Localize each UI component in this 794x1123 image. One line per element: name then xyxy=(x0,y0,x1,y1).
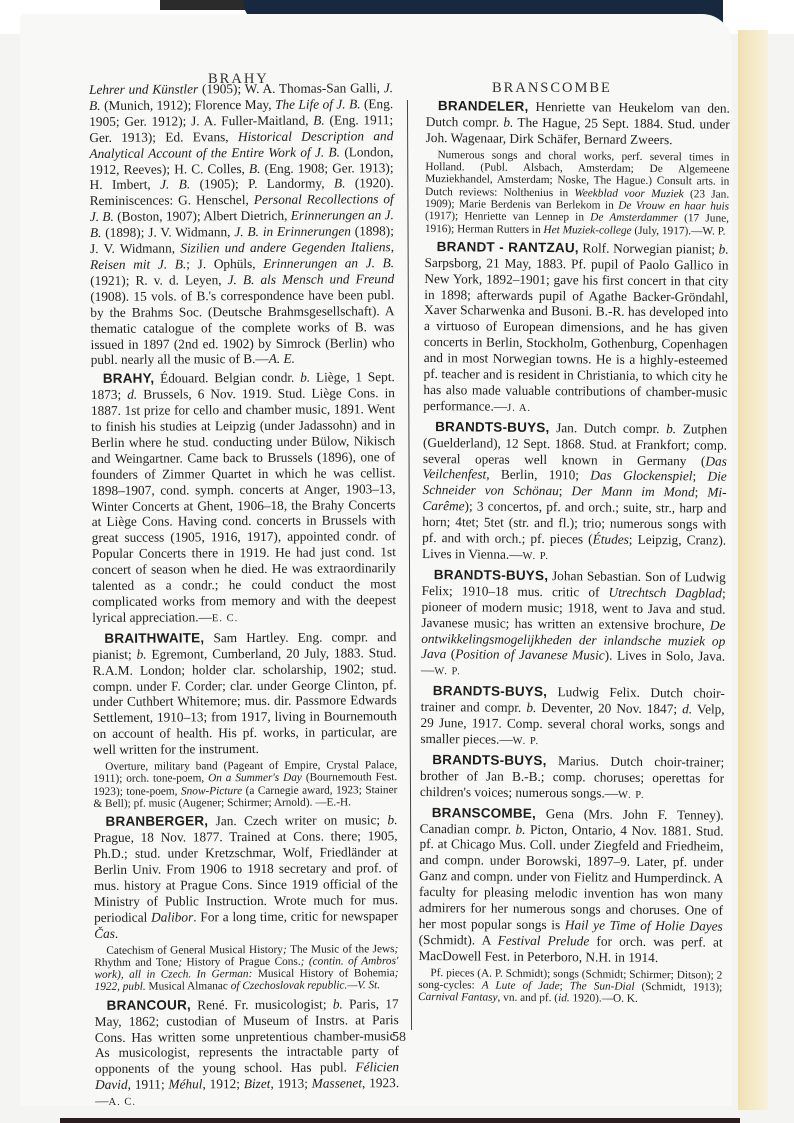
italic-text: Lehrer und Künstler xyxy=(89,81,198,97)
text: Belgian condr. xyxy=(208,370,300,386)
italic-text: A Lute of Jade xyxy=(482,979,560,992)
text: Musical Almanac xyxy=(148,981,227,993)
contributor-initials: E. C. xyxy=(212,613,238,624)
italic-text: De Amsterdammer xyxy=(590,212,678,225)
text: . xyxy=(115,925,118,940)
italic-text: d. xyxy=(127,387,137,402)
dictionary-entry: BRANDELER, Henriette van Heukelom van de… xyxy=(426,98,730,148)
italic-text: Het Muziek-college xyxy=(543,224,631,237)
text: Sarpsborg, 21 May, 1883. Pf. pupil of Pa… xyxy=(423,255,728,414)
italic-text: B. xyxy=(334,176,346,191)
right-column: BRANDELER, Henriette van Heukelom van de… xyxy=(418,98,730,1010)
entry-headword: BRANDELER, xyxy=(438,98,529,114)
italic-text: A. E. xyxy=(269,351,295,366)
italic-text: Dalibor xyxy=(151,909,193,924)
italic-text: b. xyxy=(300,370,310,385)
entry-name: Marius. xyxy=(547,753,600,768)
background-object xyxy=(160,0,250,10)
text: (Boston, 1907); Albert Dietrich, xyxy=(114,208,291,224)
dictionary-entry: BRANDT - RANTZAU, Rolf. Norwegian pianis… xyxy=(423,239,729,419)
italic-text: b. xyxy=(503,115,513,130)
text: The Music of the Jews xyxy=(290,943,395,956)
entry-name: René. xyxy=(191,997,228,1012)
text: Egremont, Cumberland, 20 July, 1883. Stu… xyxy=(93,645,397,757)
dictionary-entry: BRANDTS-BUYS, Jan. Dutch compr. b. Zutph… xyxy=(422,419,727,567)
text: Deventer, 20 Nov. 1847; xyxy=(536,700,682,716)
italic-text: b. xyxy=(526,700,536,715)
text: History of Prague Cons. xyxy=(186,956,300,969)
dictionary-entry: BRANDTS-BUYS, Marius. Dutch choir-traine… xyxy=(420,752,724,804)
italic-text: J. B. als Mensch und Freund xyxy=(228,271,395,287)
works-list: Catechism of General Musical History; Th… xyxy=(94,943,398,994)
text: (Schmidt). A xyxy=(419,932,498,948)
text: Czech writer on music; xyxy=(237,812,388,828)
entry-name: Sam Hartley. xyxy=(204,630,288,646)
text: Catechism of General Musical History xyxy=(106,943,283,956)
italic-text: The Life of J. B. xyxy=(275,96,361,112)
entry-headword: BRANDTS-BUYS, xyxy=(432,752,546,768)
italic-text: of Czechoslovak republic.—V. St. xyxy=(228,980,380,993)
entry-headword: BRANDTS-BUYS, xyxy=(433,683,547,699)
text: , Berlin, 1910; xyxy=(486,467,590,483)
italic-text: On a Summer's Day xyxy=(208,772,302,785)
italic-text: Utrechtsch Dagblad xyxy=(608,584,722,600)
entry-headword: BRANSCOMBE, xyxy=(432,805,536,821)
italic-text: ; xyxy=(178,956,186,968)
italic-text: Carnival Fantasy xyxy=(418,991,497,1004)
text: (Munich, 1912); Florence May, xyxy=(101,97,276,113)
italic-text: Méhul xyxy=(168,1077,202,1092)
text: Musical History of Bohemia xyxy=(258,967,395,980)
contributor-initials: W. P. xyxy=(513,736,540,747)
italic-text: De Vrouw en haar huis xyxy=(618,200,729,213)
italic-text: Position of Javanese Music xyxy=(455,647,605,663)
italic-text: b. xyxy=(719,241,729,256)
italic-text: Snow-Picture xyxy=(181,785,242,797)
italic-text: b. xyxy=(666,421,676,436)
text: Dutch compr. xyxy=(426,114,504,130)
background-bottom xyxy=(60,1118,740,1123)
contributor-initials: J. A. xyxy=(507,403,531,414)
entry-headword: BRANCOUR, xyxy=(107,997,191,1013)
italic-text: Festival Prelude xyxy=(498,933,590,949)
text: Brussels, 6 Nov. 1919. Stud. Liège Cons.… xyxy=(91,385,396,625)
text: ; xyxy=(559,484,572,499)
entry-name: Ludwig Felix. xyxy=(547,684,640,700)
dictionary-entry: BRANCOUR, René. Fr. musicologist; b. Par… xyxy=(95,996,400,1111)
entry-name: Rolf. xyxy=(579,240,610,255)
entry-headword: BRANDTS-BUYS, xyxy=(435,419,549,435)
italic-text: B. xyxy=(313,112,325,127)
text: ; J. Ophüls, xyxy=(186,256,263,271)
entry-headword: BRANDT - RANTZAU, xyxy=(437,239,579,255)
works-list: Pf. pieces (A. P. Schmidt); songs (Schmi… xyxy=(418,967,722,1007)
contributor-initials: W. P. xyxy=(434,666,461,677)
book-page-edges xyxy=(738,30,768,1110)
dictionary-entry: BRAITHWAITE, Sam Hartley. Eng. compr. an… xyxy=(92,629,397,758)
text: (1905); W. A. Thomas-San Galli, xyxy=(198,80,384,96)
text: (1921); R. v. d. Leyen, xyxy=(90,272,228,288)
text: ; xyxy=(695,485,708,500)
italic-text: b. xyxy=(333,996,343,1011)
text: (July, 1917).—W. P. xyxy=(632,224,726,237)
italic-text: J. B. in Erinnerungen xyxy=(234,224,351,240)
left-column: Lehrer und Künstler (1905); W. A. Thomas… xyxy=(89,80,399,1114)
italic-text: ; xyxy=(394,943,398,955)
italic-text: b. xyxy=(515,821,525,836)
text: , vn. and pf. ( xyxy=(497,992,558,1005)
text: Fr. musicologist; xyxy=(228,996,333,1012)
italic-text: Études xyxy=(593,532,629,547)
right-entries: BRANDELER, Henriette van Heukelom van de… xyxy=(418,98,730,1006)
dictionary-entry: BRANDTS-BUYS, Ludwig Felix. Dutch choir-… xyxy=(420,683,725,751)
entry-name: Johan Sebastian. xyxy=(548,568,641,584)
text: ; xyxy=(560,980,570,992)
contributor-initials: W. P. xyxy=(618,789,645,800)
entry-headword: BRAHY, xyxy=(103,371,155,386)
text: , 1912; xyxy=(202,1076,243,1091)
italic-text: b. xyxy=(387,812,397,827)
text: ( xyxy=(446,647,455,662)
text: (1898); J. V. Widmann, xyxy=(101,224,234,240)
dictionary-entry: BRANSCOMBE, Gena (Mrs. John F. Tenney). … xyxy=(418,805,723,967)
italic-text: Bizet xyxy=(244,1076,271,1091)
italic-text: Weekblad voor Muziek xyxy=(574,187,683,200)
running-head-right: BRANSCOMBE xyxy=(492,80,612,97)
text: (1917); Henriette van Lennep in xyxy=(425,210,590,223)
entry-name: Édouard. xyxy=(154,371,208,386)
text: Rhythm and Tone xyxy=(94,956,178,969)
text: . For a long time, critic for newspaper xyxy=(193,908,398,924)
italic-text: Erinnerungen an J. B. xyxy=(263,255,394,271)
works-list: Overture, military band (Pageant of Empi… xyxy=(93,759,397,810)
italic-text: id. xyxy=(558,992,570,1004)
dictionary-entry: BRANDTS-BUYS, Johan Sebastian. Son of Lu… xyxy=(421,567,726,683)
dictionary-entry: BRAHY, Édouard. Belgian condr. b. Liège,… xyxy=(91,369,397,627)
entry-headword: BRANDTS-BUYS, xyxy=(434,567,548,583)
italic-text: J. B. xyxy=(160,177,190,192)
italic-text: Massenet xyxy=(312,1076,362,1091)
text: Picton, Ontario, 4 Nov. 1881. Stud. pf. … xyxy=(419,821,724,932)
entry-name: Jan. xyxy=(549,420,577,435)
italic-text: ; xyxy=(283,943,290,955)
dictionary-entry: BRANBERGER, Jan. Czech writer on music; … xyxy=(93,812,398,941)
italic-text: B. xyxy=(249,160,261,175)
italic-text: Das Glockenspiel xyxy=(590,468,692,484)
contributor-initials: W. P. xyxy=(522,551,549,562)
continuation-text: Lehrer und Künstler (1905); W. A. Thomas… xyxy=(89,80,395,368)
entry-headword: BRANBERGER, xyxy=(105,814,208,830)
text: Canadian compr. xyxy=(420,820,516,836)
entry-name: Henriette van Heukelom van den. xyxy=(528,99,730,116)
text: 1920).—O. K. xyxy=(570,993,638,1006)
page-number: 58 xyxy=(392,1030,406,1046)
left-entries: BRAHY, Édouard. Belgian condr. b. Liège,… xyxy=(91,369,400,1111)
text: Dutch compr. xyxy=(577,420,666,436)
text: , 1913; xyxy=(270,1076,311,1091)
italic-text: The Sun-Dial xyxy=(570,980,635,993)
entry-name: Gena (Mrs. John F. Tenney). xyxy=(536,806,724,823)
text: (1905); P. Landormy, xyxy=(190,176,334,192)
text: (Schmidt, 1913); xyxy=(634,981,722,994)
contributor-initials: A. C. xyxy=(108,1097,136,1108)
works-list: Numerous songs and choral works, perf. s… xyxy=(425,149,730,238)
entry-headword: BRAITHWAITE, xyxy=(104,630,204,646)
text: (1908). 15 vols. of B.'s correspondence … xyxy=(90,287,394,367)
text: ; xyxy=(692,469,707,484)
italic-text: b. xyxy=(137,646,147,661)
italic-text: Der Mann im Mond xyxy=(571,484,694,500)
text: , 1911; xyxy=(128,1077,169,1092)
italic-text: Hail ye Time of Holie Dayes xyxy=(565,917,723,933)
italic-text: Čas xyxy=(94,925,115,940)
text: Norwegian pianist; xyxy=(609,240,718,256)
entry-name: Jan. xyxy=(208,813,237,828)
